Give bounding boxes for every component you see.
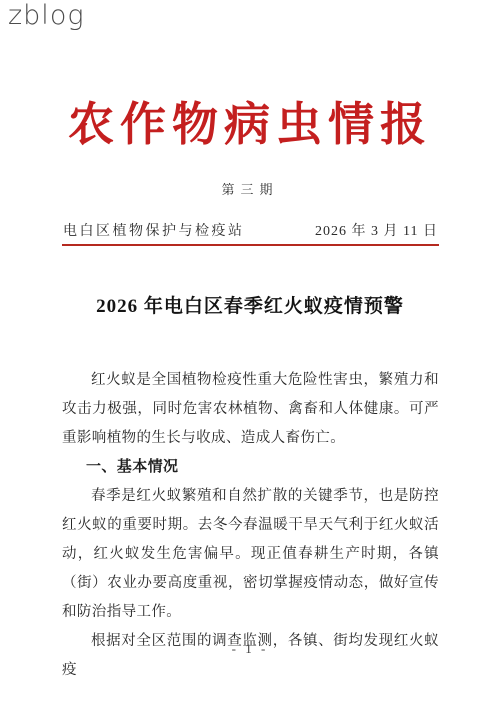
issuing-organization: 电白区植物保护与检疫站: [63, 220, 245, 240]
zblog-watermark: zblog: [8, 0, 85, 31]
issuer-date-row: 电白区植物保护与检疫站 2026 年 3 月 11 日: [63, 220, 438, 240]
section-1-heading: 一、基本情况: [62, 453, 439, 482]
page-number: - 1 -: [0, 641, 500, 657]
section-1-paragraph-1: 春季是红火蚁繁殖和自然扩散的关键季节，也是防控红火蚁的重要时期。去冬今春温暖干旱…: [62, 482, 439, 627]
issue-number: 第三期: [0, 179, 500, 198]
masthead-title: 农作物病虫情报: [0, 88, 500, 154]
document-title: 2026 年电白区春季红火蚁疫情预警: [0, 291, 500, 318]
issue-date: 2026 年 3 月 11 日: [315, 220, 438, 240]
intro-paragraph: 红火蚁是全国植物检疫性重大危险性害虫，繁殖力和攻击力极强，同时危害农林植物、禽畜…: [62, 366, 439, 453]
bulletin-page: zblog 农作物病虫情报 第三期 电白区植物保护与检疫站 2026 年 3 月…: [0, 0, 500, 707]
document-body: 红火蚁是全国植物检疫性重大危险性害虫，繁殖力和攻击力极强，同时危害农林植物、禽畜…: [62, 366, 439, 685]
masthead-divider-rule: [62, 244, 439, 246]
